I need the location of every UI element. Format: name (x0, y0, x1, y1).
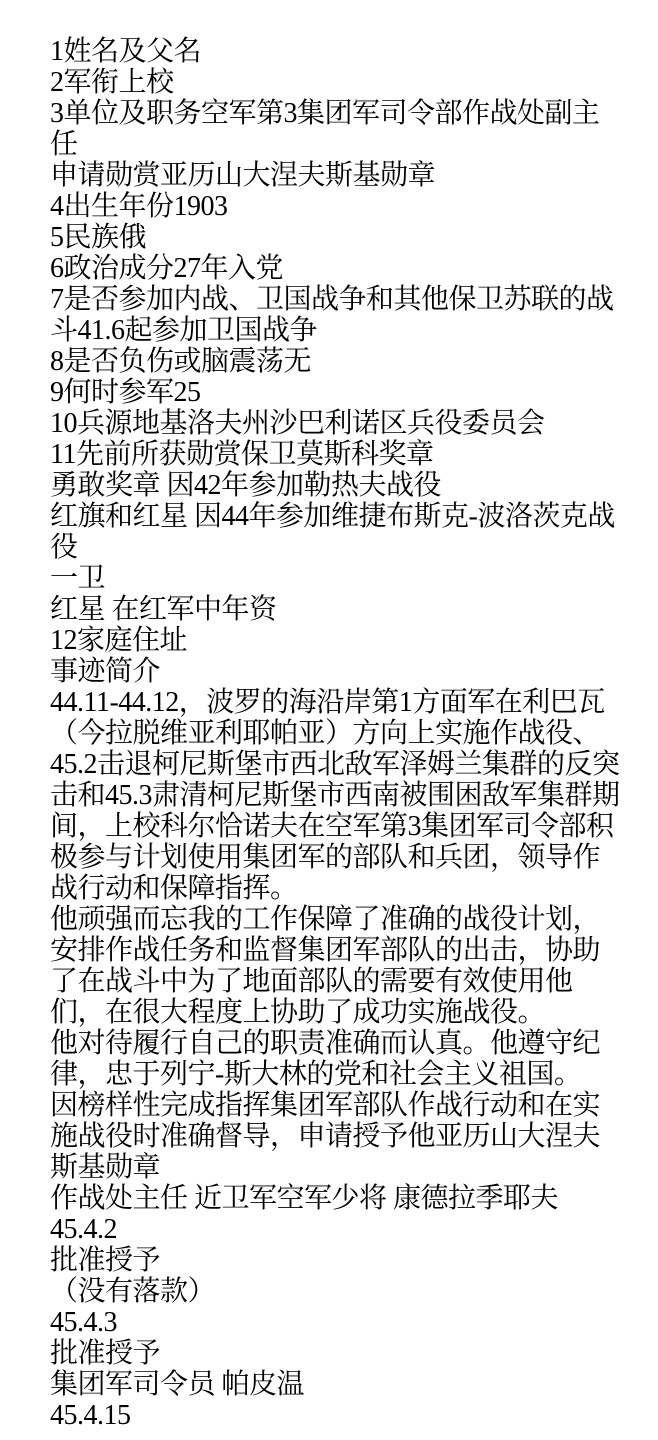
text-line: 12家庭住址 (50, 625, 642, 656)
text-line: 因榜样性完成指挥集团军部队作战行动和在实 (50, 1090, 642, 1121)
document-text: 1姓名及父名2军衔上校3单位及职务空军第3集团军司令部作战处副主任申请勋赏亚历山… (50, 36, 642, 1431)
text-line: 一卫 (50, 563, 642, 594)
text-line: 6政治成分27年入党 (50, 253, 642, 284)
text-line: 任 (50, 129, 642, 160)
text-line: 事迹简介 (50, 656, 642, 687)
text-line: 极参与计划使用集团军的部队和兵团，领导作 (50, 842, 642, 873)
text-line: 45.2击退柯尼斯堡市西北敌军泽姆兰集群的反突 (50, 749, 642, 780)
text-line: 施战役时准确督导，申请授予他亚历山大涅夫 (50, 1121, 642, 1152)
text-line: 9何时参军25 (50, 377, 642, 408)
text-line: 3单位及职务空军第3集团军司令部作战处副主 (50, 98, 642, 129)
text-line: 律，忠于列宁-斯大林的党和社会主义祖国。 (50, 1059, 642, 1090)
text-line: 45.4.15 (50, 1400, 642, 1431)
text-line: 役 (50, 532, 642, 563)
text-line: 申请勋赏亚历山大涅夫斯基勋章 (50, 160, 642, 191)
text-line: 7是否参加内战、卫国战争和其他保卫苏联的战 (50, 284, 642, 315)
text-line: 战行动和保障指挥。 (50, 873, 642, 904)
document-page: 1姓名及父名2军衔上校3单位及职务空军第3集团军司令部作战处副主任申请勋赏亚历山… (0, 0, 658, 1440)
text-line: 作战处主任 近卫军空军少将 康德拉季耶夫 (50, 1183, 642, 1214)
text-line: 安排作战任务和监督集团军部队的出击，协助 (50, 935, 642, 966)
text-line: 44.11-44.12，波罗的海沿岸第1方面军在利巴瓦 (50, 687, 642, 718)
text-line: 10兵源地基洛夫州沙巴利诺区兵役委员会 (50, 408, 642, 439)
text-line: 击和45.3肃清柯尼斯堡市西南被围困敌军集群期 (50, 780, 642, 811)
text-line: 4出生年份1903 (50, 191, 642, 222)
text-line: 斗41.6起参加卫国战争 (50, 315, 642, 346)
text-line: 了在战斗中为了地面部队的需要有效使用他 (50, 966, 642, 997)
text-line: 红星 在红军中年资 (50, 594, 642, 625)
text-line: （没有落款） (50, 1276, 642, 1307)
text-line: 批准授予 (50, 1338, 642, 1369)
text-line: 2军衔上校 (50, 67, 642, 98)
text-line: 勇敢奖章 因42年参加勒热夫战役 (50, 470, 642, 501)
text-line: 批准授予 (50, 1245, 642, 1276)
text-line: 斯基勋章 (50, 1152, 642, 1183)
text-line: 集团军司令员 帕皮温 (50, 1369, 642, 1400)
text-line: 们，在很大程度上协助了成功实施战役。 (50, 997, 642, 1028)
text-line: 红旗和红星 因44年参加维捷布斯克-波洛茨克战 (50, 501, 642, 532)
text-line: 11先前所获勋赏保卫莫斯科奖章 (50, 439, 642, 470)
text-line: 1姓名及父名 (50, 36, 642, 67)
text-line: 间，上校科尔恰诺夫在空军第3集团军司令部积 (50, 811, 642, 842)
text-line: 他顽强而忘我的工作保障了准确的战役计划， (50, 904, 642, 935)
text-line: （今拉脱维亚利耶帕亚）方向上实施作战役、 (50, 718, 642, 749)
text-line: 45.4.2 (50, 1214, 642, 1245)
text-line: 5民族俄 (50, 222, 642, 253)
text-line: 8是否负伤或脑震荡无 (50, 346, 642, 377)
text-line: 45.4.3 (50, 1307, 642, 1338)
text-line: 他对待履行自己的职责准确而认真。他遵守纪 (50, 1028, 642, 1059)
